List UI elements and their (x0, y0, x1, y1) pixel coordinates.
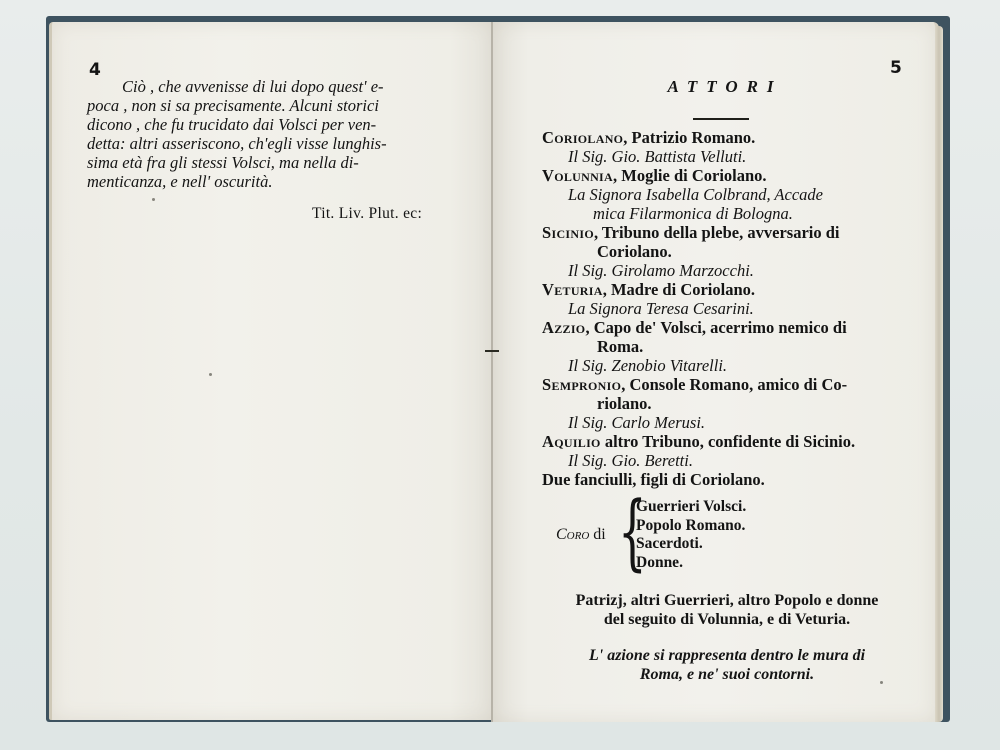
character-name: Veturia (542, 280, 603, 299)
character-description: , Patrizio Romano. (623, 128, 755, 147)
cast-list: Coriolano, Patrizio Romano. Il Sig. Gio.… (542, 128, 914, 489)
cast-entry: Azzio, Capo de' Volsci, acerrimo nemico … (542, 318, 914, 337)
character-description: , Moglie di Coriolano. (613, 166, 767, 185)
children-entry: Due fanciulli, figli di Coriolano. (542, 470, 914, 489)
character-description: , Console Romano, amico di Co- (621, 375, 847, 394)
chorus-item: Sacerdoti. (636, 535, 746, 554)
chorus-word: Coro (556, 526, 589, 543)
performer: Il Sig. Gio. Battista Velluti. (542, 147, 914, 166)
note-line: detta: altri asseriscono, ch'egli visse … (87, 134, 479, 153)
character-name: Sempronio (542, 375, 621, 394)
character-description: altro Tribuno, confidente di Sicinio. (601, 432, 855, 451)
cast-entry: Aquilio altro Tribuno, confidente di Sic… (542, 432, 914, 451)
character-name: Azzio (542, 318, 585, 337)
cast-entry: Coriolano, Patrizio Romano. (542, 128, 914, 147)
character-description: , Tribuno della plebe, avversario di (594, 223, 840, 242)
book-gutter (491, 22, 493, 722)
page-edge-stack (935, 26, 943, 722)
performer: La Signora Teresa Cesarini. (542, 299, 914, 318)
performer-continued: mica Filarmonica di Bologna. (542, 204, 914, 223)
chorus-item: Guerrieri Volsci. (636, 498, 746, 517)
chorus-item: Popolo Romano. (636, 517, 746, 536)
performer: Il Sig. Zenobio Vitarelli. (542, 356, 914, 375)
performer: Il Sig. Carlo Merusi. (542, 413, 914, 432)
page-number-right: 5 (890, 58, 902, 78)
note-line: Ciò , che avvenisse di lui dopo quest' e… (87, 77, 479, 96)
chorus-item: Donne. (636, 554, 746, 573)
character-description: , Madre di Coriolano. (603, 280, 755, 299)
page-title: ATTORI (540, 77, 910, 97)
note-line: menticanza, e nell' oscurità. (87, 172, 479, 191)
description-continued: Roma. (542, 337, 914, 356)
note-line: dicono , che fu trucidato dai Volsci per… (87, 115, 479, 134)
character-name: Aquilio (542, 432, 601, 451)
setting-note: L' azione si rappresenta dentro le mura … (541, 646, 913, 684)
cast-entry: Sempronio, Console Romano, amico di Co- (542, 375, 914, 394)
paper-speck (152, 198, 155, 201)
cast-entry: Volunnia, Moglie di Coriolano. (542, 166, 914, 185)
title-rule (693, 118, 749, 120)
note-line: poca , non si sa precisamente. Alcuni st… (87, 96, 479, 115)
extras-line: del seguito di Volunnia, e di Veturia. (541, 610, 913, 629)
performer: Il Sig. Gio. Beretti. (542, 451, 914, 470)
paper-speck (209, 373, 212, 376)
character-name: Sicinio (542, 223, 594, 242)
cast-entry: Sicinio, Tribuno della plebe, avversario… (542, 223, 914, 242)
extras-line: Patrizj, altri Guerrieri, altro Popolo e… (541, 591, 913, 610)
setting-line: L' azione si rappresenta dentro le mura … (541, 646, 913, 665)
setting-line: Roma, e ne' suoi contorni. (541, 665, 913, 684)
chorus-connector: di (593, 526, 605, 543)
character-name: Coriolano (542, 128, 623, 147)
citation: Tit. Liv. Plut. ec: (312, 205, 422, 223)
description-continued: Coriolano. (542, 242, 914, 261)
chorus-label: Coro di (556, 526, 606, 544)
note-line: sima età fra gli stessi Volsci, ma nella… (87, 153, 479, 172)
binding-thread (485, 350, 499, 352)
character-name: Volunnia (542, 166, 613, 185)
description-continued: riolano. (542, 394, 914, 413)
performer: Il Sig. Girolamo Marzocchi. (542, 261, 914, 280)
cast-entry: Veturia, Madre di Coriolano. (542, 280, 914, 299)
character-description: , Capo de' Volsci, acerrimo nemico di (585, 318, 846, 337)
historical-note: Ciò , che avvenisse di lui dopo quest' e… (87, 77, 479, 191)
extras-note: Patrizj, altri Guerrieri, altro Popolo e… (541, 591, 913, 629)
performer: La Signora Isabella Colbrand, Accade (542, 185, 914, 204)
chorus-items: Guerrieri Volsci. Popolo Romano. Sacerdo… (636, 498, 746, 572)
